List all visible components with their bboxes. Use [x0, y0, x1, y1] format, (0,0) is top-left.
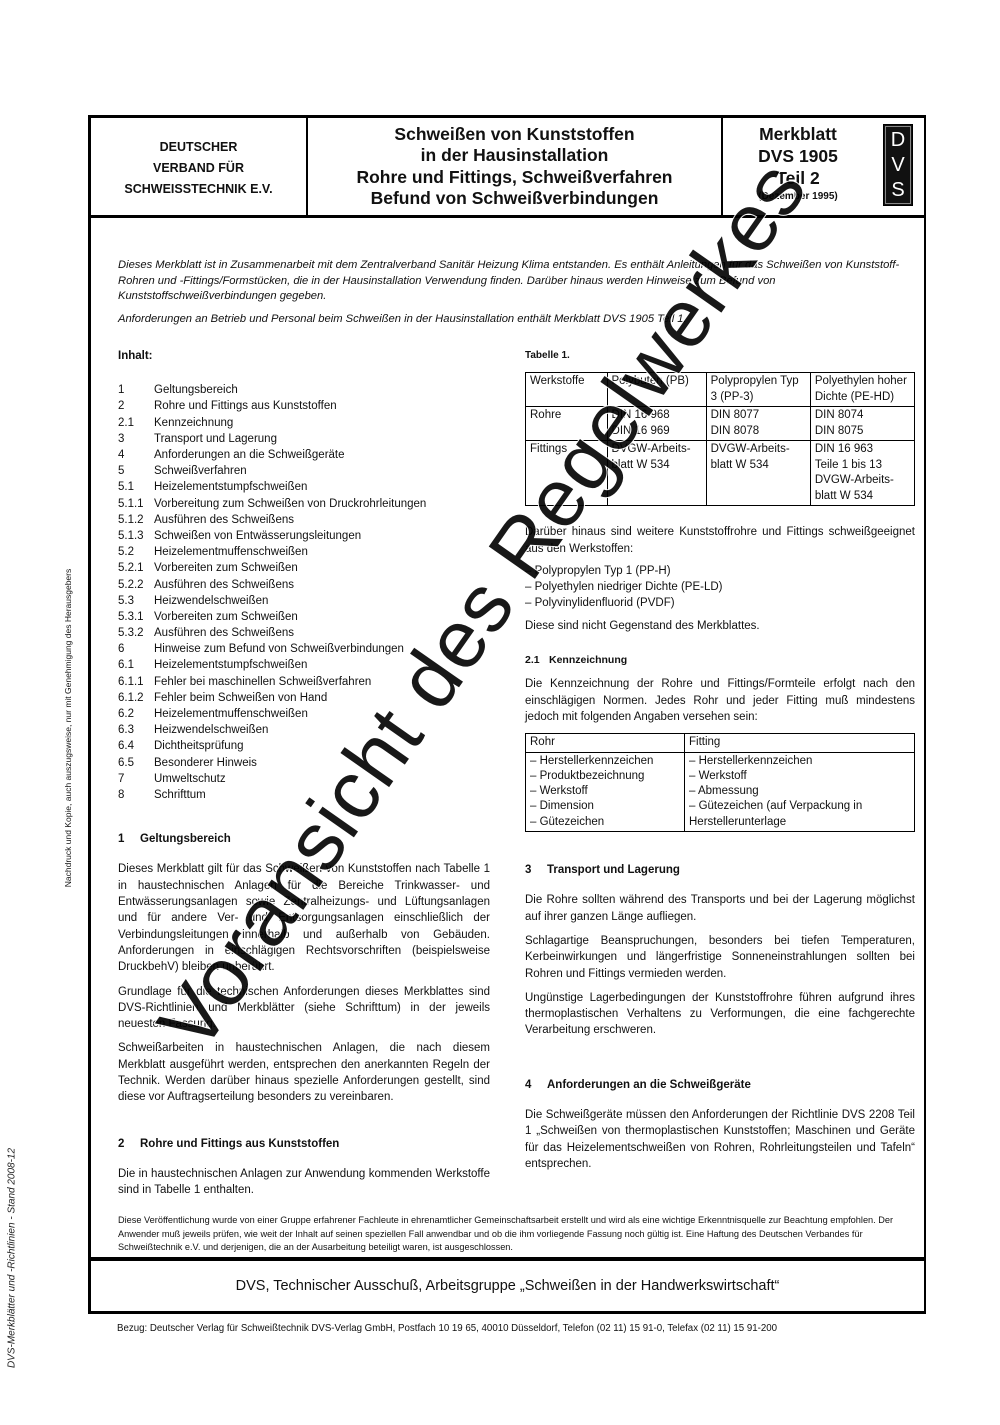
toc-number: 5: [118, 463, 154, 479]
toc-item: 6.4Dichtheitsprüfung: [118, 738, 490, 754]
section-title: Transport und Lagerung: [547, 864, 680, 876]
toc-number: 6.1.2: [118, 690, 154, 706]
section-heading: 3Transport und Lagerung: [525, 862, 915, 878]
toc-label: Schweißverfahren: [154, 463, 247, 479]
toc-item: 5.3Heizwendelschweißen: [118, 593, 490, 609]
toc-number: 5.1: [118, 479, 154, 495]
toc-label: Umweltschutz: [154, 771, 226, 787]
left-column: Inhalt: 1Geltungsbereich2Rohre und Fitti…: [118, 348, 490, 1207]
toc-number: 6.1.1: [118, 674, 154, 690]
toc-item: 4Anforderungen an die Schweißgeräte: [118, 447, 490, 463]
toc-label: Fehler beim Schweißen von Hand: [154, 690, 327, 706]
table-row: FittingsDVGW-Arbeits-blatt W 534DVGW-Arb…: [526, 441, 915, 506]
paragraph: Diese sind nicht Gegenstand des Merkblat…: [525, 618, 915, 634]
document-header: DEUTSCHER VERBAND FÜR SCHWEISSTECHNIK E.…: [91, 118, 924, 218]
toc-item: 5.3.2Ausführen des Schweißens: [118, 625, 490, 641]
toc-number: 6.1: [118, 657, 154, 673]
toc-item: 5.1.1Vorbereitung zum Schweißen von Druc…: [118, 496, 490, 512]
disclaimer: Diese Veröffentlichung wurde von einer G…: [118, 1214, 918, 1255]
table-cell: DIN 8077DIN 8078: [706, 407, 810, 441]
intro-paragraph: Anforderungen an Betrieb und Personal be…: [118, 312, 918, 328]
org-line: SCHWEISSTECHNIK E.V.: [124, 179, 272, 200]
table-cell: DVGW-Arbeits-blatt W 534: [607, 441, 706, 506]
toc-label: Schrifttum: [154, 787, 206, 803]
list-item: Polyethylen niedriger Dichte (PE-LD): [525, 579, 915, 595]
list-item: Produktbezeichnung: [530, 769, 680, 784]
toc-number: 5.1.3: [118, 528, 154, 544]
paragraph: Die Schweißgeräte müssen den Anforderung…: [525, 1107, 915, 1172]
toc-number: 6.4: [118, 738, 154, 754]
table-cell: DVGW-Arbeits-blatt W 534: [706, 441, 810, 506]
list-item: Gütezeichen (auf Verpackung in Herstelle…: [689, 799, 910, 830]
toc-item: 5.2Heizelementmuffenschweißen: [118, 544, 490, 560]
org-line: DEUTSCHER: [160, 137, 238, 158]
list-item: Werkstoff: [689, 769, 910, 784]
toc-label: Hinweise zum Befund von Schweißverbindun…: [154, 641, 404, 657]
organization-name: DEUTSCHER VERBAND FÜR SCHWEISSTECHNIK E.…: [91, 118, 308, 215]
document-title: Schweißen von Kunststoffen in der Hausin…: [308, 118, 723, 215]
toc-number: 1: [118, 382, 154, 398]
toc-number: 6.5: [118, 755, 154, 771]
table-header: Rohr: [526, 734, 685, 752]
toc-item: 8Schrifttum: [118, 787, 490, 803]
section-number: 1: [118, 831, 140, 847]
section-title: Geltungsbereich: [140, 833, 231, 845]
toc-label: Kennzeichnung: [154, 415, 233, 431]
section-number: 2: [118, 1136, 140, 1152]
toc-item: 6.2Heizelementmuffenschweißen: [118, 706, 490, 722]
table-cell: Rohre: [526, 407, 608, 441]
toc-number: 5.1.1: [118, 496, 154, 512]
toc-item: 2.1Kennzeichnung: [118, 415, 490, 431]
toc-label: Heizelementmuffenschweißen: [154, 706, 308, 722]
collection-side-note: DVS-Merkblätter und -Richtlinien - Stand…: [7, 1148, 18, 1368]
org-line: VERBAND FÜR: [153, 158, 244, 179]
section-heading: 4Anforderungen an die Schweißgeräte: [525, 1077, 915, 1093]
toc-item: 5.1.3Schweißen von Entwässerungsleitunge…: [118, 528, 490, 544]
toc-label: Ausführen des Schweißens: [154, 577, 294, 593]
toc-number: 6.3: [118, 722, 154, 738]
doc-number: DVS 1905: [723, 145, 873, 167]
section-heading: 1Geltungsbereich: [118, 831, 490, 847]
toc-item: 6.5Besonderer Hinweis: [118, 755, 490, 771]
intro-paragraph: Dieses Merkblatt ist in Zusammenarbeit m…: [118, 258, 918, 305]
logo-letter: D: [884, 128, 912, 153]
table-caption: Tabelle 1.: [525, 348, 915, 364]
doc-date: (Dezember 1995): [723, 189, 873, 205]
toc-item: 5.3.1Vorbereiten zum Schweißen: [118, 609, 490, 625]
toc-label: Heizelementstumpfschweißen: [154, 657, 307, 673]
table-header: Fitting: [685, 734, 915, 752]
toc-item: 6.3Heizwendelschweißen: [118, 722, 490, 738]
toc-label: Dichtheitsprüfung: [154, 738, 244, 754]
toc-item: 5.2.1Vorbereiten zum Schweißen: [118, 560, 490, 576]
section-title: Kennzeichnung: [549, 654, 627, 666]
toc-number: 2.1: [118, 415, 154, 431]
rohr-list: HerstellerkennzeichenProduktbezeichnungW…: [530, 754, 680, 830]
title-line: Rohre und Fittings, Schweißverfahren: [356, 167, 672, 189]
list-item: Polypropylen Typ 1 (PP-H): [525, 563, 915, 579]
paragraph: Die Kennzeichnung der Rohre und Fittings…: [525, 676, 915, 725]
toc-item: 1Geltungsbereich: [118, 382, 490, 398]
toc-label: Rohre und Fittings aus Kunststoffen: [154, 398, 337, 414]
paragraph: Darüber hinaus sind weitere Kunststoffro…: [525, 524, 915, 557]
toc-number: 5.3: [118, 593, 154, 609]
right-column: Tabelle 1. WerkstoffePolybuten (PB)Polyp…: [525, 348, 915, 1180]
toc-number: 4: [118, 447, 154, 463]
toc-item: 5.1.2Ausführen des Schweißens: [118, 512, 490, 528]
title-line: Schweißen von Kunststoffen: [394, 124, 634, 146]
paragraph: Schlagartige Beanspruchungen, besonders …: [525, 933, 915, 982]
table-cell: DIN 16 963Teile 1 bis 13DVGW-Arbeits-bla…: [810, 441, 914, 506]
toc-number: 7: [118, 771, 154, 787]
toc-item: 2Rohre und Fittings aus Kunststoffen: [118, 398, 490, 414]
paragraph: Die in haustechnischen Anlagen zur Anwen…: [118, 1166, 490, 1199]
table-cell: Werkstoffe: [526, 373, 608, 407]
document-id-block: Merkblatt DVS 1905 Teil 2 (Dezember 1995…: [723, 118, 924, 215]
toc-item: 3Transport und Lagerung: [118, 431, 490, 447]
section-number: 4: [525, 1077, 547, 1093]
toc-number: 5.3.1: [118, 609, 154, 625]
section-title: Rohre und Fittings aus Kunststoffen: [140, 1138, 339, 1150]
toc-number: 6: [118, 641, 154, 657]
table-row: RohreDIN 16 968DIN 16 969DIN 8077DIN 807…: [526, 407, 915, 441]
list-item: Dimension: [530, 799, 680, 814]
logo-letter: V: [884, 153, 912, 178]
doc-type: Merkblatt: [723, 123, 873, 145]
section-title: Anforderungen an die Schweißgeräte: [547, 1079, 751, 1091]
toc-item: 6.1.2Fehler beim Schweißen von Hand: [118, 690, 490, 706]
toc-number: 5.2.1: [118, 560, 154, 576]
dvs-logo-icon: D V S: [883, 124, 913, 206]
table-cell: Polybuten (PB): [607, 373, 706, 407]
toc-label: Heizelementmuffenschweißen: [154, 544, 308, 560]
toc-heading: Inhalt:: [118, 348, 490, 364]
toc-label: Fehler bei maschinellen Schweißverfahren: [154, 674, 371, 690]
list-item: Herstellerkennzeichen: [689, 754, 910, 769]
toc-item: 5.2.2Ausführen des Schweißens: [118, 577, 490, 593]
logo-letter: S: [884, 178, 912, 203]
toc-item: 6.1Heizelementstumpfschweißen: [118, 657, 490, 673]
toc-label: Geltungsbereich: [154, 382, 238, 398]
doc-part: Teil 2: [723, 167, 873, 189]
toc-number: 6.2: [118, 706, 154, 722]
toc-label: Heizwendelschweißen: [154, 593, 268, 609]
intro-text: Dieses Merkblatt ist in Zusammenarbeit m…: [118, 258, 918, 334]
table-row: WerkstoffePolybuten (PB)Polypropylen Typ…: [526, 373, 915, 407]
toc-label: Vorbereitung zum Schweißen von Druckrohr…: [154, 496, 426, 512]
materials-list: Polypropylen Typ 1 (PP-H) Polyethylen ni…: [525, 563, 915, 612]
toc-label: Anforderungen an die Schweißgeräte: [154, 447, 345, 463]
paragraph: Schweißarbeiten in haustechnischen Anlag…: [118, 1040, 490, 1105]
toc-label: Ausführen des Schweißens: [154, 512, 294, 528]
list-item: Werkstoff: [530, 784, 680, 799]
toc-number: 5.3.2: [118, 625, 154, 641]
toc-item: 6Hinweise zum Befund von Schweißverbindu…: [118, 641, 490, 657]
materials-table: WerkstoffePolybuten (PB)Polypropylen Typ…: [525, 372, 915, 506]
toc-label: Vorbereiten zum Schweißen: [154, 560, 298, 576]
toc-label: Heizwendelschweißen: [154, 722, 268, 738]
table-cell: DIN 16 968DIN 16 969: [607, 407, 706, 441]
toc-number: 2: [118, 398, 154, 414]
toc-label: Heizelementstumpfschweißen: [154, 479, 307, 495]
toc-label: Transport und Lagerung: [154, 431, 277, 447]
document-frame: DEUTSCHER VERBAND FÜR SCHWEISSTECHNIK E.…: [88, 115, 926, 1314]
paragraph: Grundlage für die technischen Anforderun…: [118, 984, 490, 1033]
committee-name: DVS, Technischer Ausschuß, Arbeitsgruppe…: [236, 1278, 780, 1294]
paragraph: Ungünstige Lagerbedingungen der Kunststo…: [525, 990, 915, 1039]
section-number: 2.1: [525, 652, 549, 668]
toc-number: 8: [118, 787, 154, 803]
table-cell: Polypropylen Typ 3 (PP-3): [706, 373, 810, 407]
paragraph: Die Rohre sollten während des Transports…: [525, 892, 915, 925]
list-item: Herstellerkennzeichen: [530, 754, 680, 769]
toc-number: 3: [118, 431, 154, 447]
title-line: in der Hausinstallation: [421, 145, 609, 167]
list-item: Polyvinylidenfluorid (PVDF): [525, 595, 915, 611]
paragraph: Dieses Merkblatt gilt für das Schweißen …: [118, 861, 490, 975]
toc-number: 5.2: [118, 544, 154, 560]
toc-label: Schweißen von Entwässerungsleitungen: [154, 528, 361, 544]
toc-item: 7Umweltschutz: [118, 771, 490, 787]
section-number: 3: [525, 862, 547, 878]
toc-item: 5Schweißverfahren: [118, 463, 490, 479]
title-line: Befund von Schweißverbindungen: [371, 188, 659, 210]
fitting-list: HerstellerkennzeichenWerkstoffAbmessungG…: [689, 754, 910, 830]
table-of-contents: 1Geltungsbereich2Rohre und Fittings aus …: [118, 382, 490, 803]
committee-footer: DVS, Technischer Ausschuß, Arbeitsgruppe…: [91, 1257, 924, 1311]
table-cell: Fittings: [526, 441, 608, 506]
toc-label: Ausführen des Schweißens: [154, 625, 294, 641]
marking-table: Rohr Fitting HerstellerkennzeichenProduk…: [525, 733, 915, 832]
publisher-info: Bezug: Deutscher Verlag für Schweißtechn…: [117, 1323, 777, 1334]
table-cell: DIN 8074DIN 8075: [810, 407, 914, 441]
toc-label: Vorbereiten zum Schweißen: [154, 609, 298, 625]
table-cell: Polyethylen hoher Dichte (PE-HD): [810, 373, 914, 407]
list-item: Abmessung: [689, 784, 910, 799]
toc-number: 5.2.2: [118, 577, 154, 593]
toc-number: 5.1.2: [118, 512, 154, 528]
section-heading: 2.1Kennzeichnung: [525, 652, 915, 668]
toc-item: 5.1Heizelementstumpfschweißen: [118, 479, 490, 495]
toc-item: 6.1.1Fehler bei maschinellen Schweißverf…: [118, 674, 490, 690]
list-item: Gütezeichen: [530, 815, 680, 830]
toc-label: Besonderer Hinweis: [154, 755, 257, 771]
copyright-side-note: Nachdruck und Kopie, auch auszugsweise, …: [63, 569, 73, 887]
section-heading: 2Rohre und Fittings aus Kunststoffen: [118, 1136, 490, 1152]
